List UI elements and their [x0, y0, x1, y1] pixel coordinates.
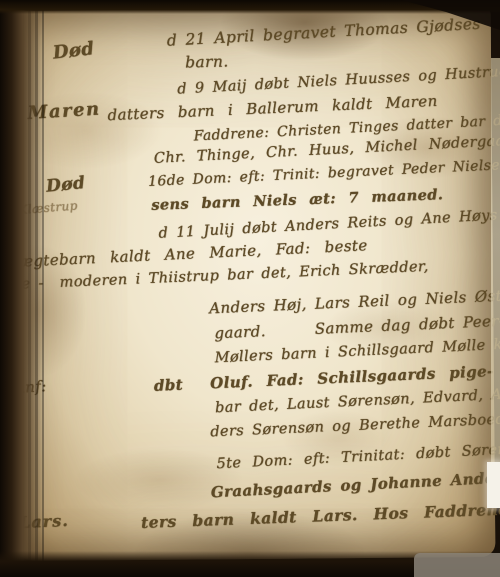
right-edge-highlight: [487, 462, 500, 508]
bottom-right-table-surface: [414, 553, 500, 577]
manuscript-line: Graahsgaards og Johanne Andersdaat-: [210, 466, 500, 502]
manuscript-line: d 11 Julij døbt Anders Reits og Ane Høys: [158, 207, 498, 241]
manuscript-line: bar det, Laust Sørensøn, Edvard, An-: [215, 386, 500, 416]
margin-note: Maren: [27, 98, 101, 123]
manuscript-line: sens barn Niels æt: 7 maaned.: [151, 186, 443, 214]
manuscript-line: barn.: [185, 52, 229, 71]
manuscript-page: d 21 April begravet Thomas Gjødses barn.…: [5, 7, 496, 561]
manuscript-line: gaard. Samme dag døbt Peer-: [214, 312, 500, 343]
margin-note: Død: [52, 38, 96, 64]
margin-note: Anf:: [13, 377, 47, 397]
manuscript-line: ters barn kaldt Lars. Hos Faddrene.: [141, 499, 500, 532]
margin-note: Klæstrup: [18, 198, 78, 217]
manuscript-line: 5te Dom: eft: Trinitat: døbt Søren: [216, 442, 500, 473]
margin-note: Død: [45, 173, 86, 197]
margin-note: Lars.: [19, 511, 69, 532]
facing-page-edge: [491, 58, 500, 498]
manuscript-line: d 21 April begravet Thomas Gjødses: [166, 15, 481, 50]
manuscript-line: Anders Høj, Lars Reil og Niels Øster-: [209, 286, 500, 318]
photo-background: d 21 April begravet Thomas Gjødses barn.…: [0, 0, 500, 577]
